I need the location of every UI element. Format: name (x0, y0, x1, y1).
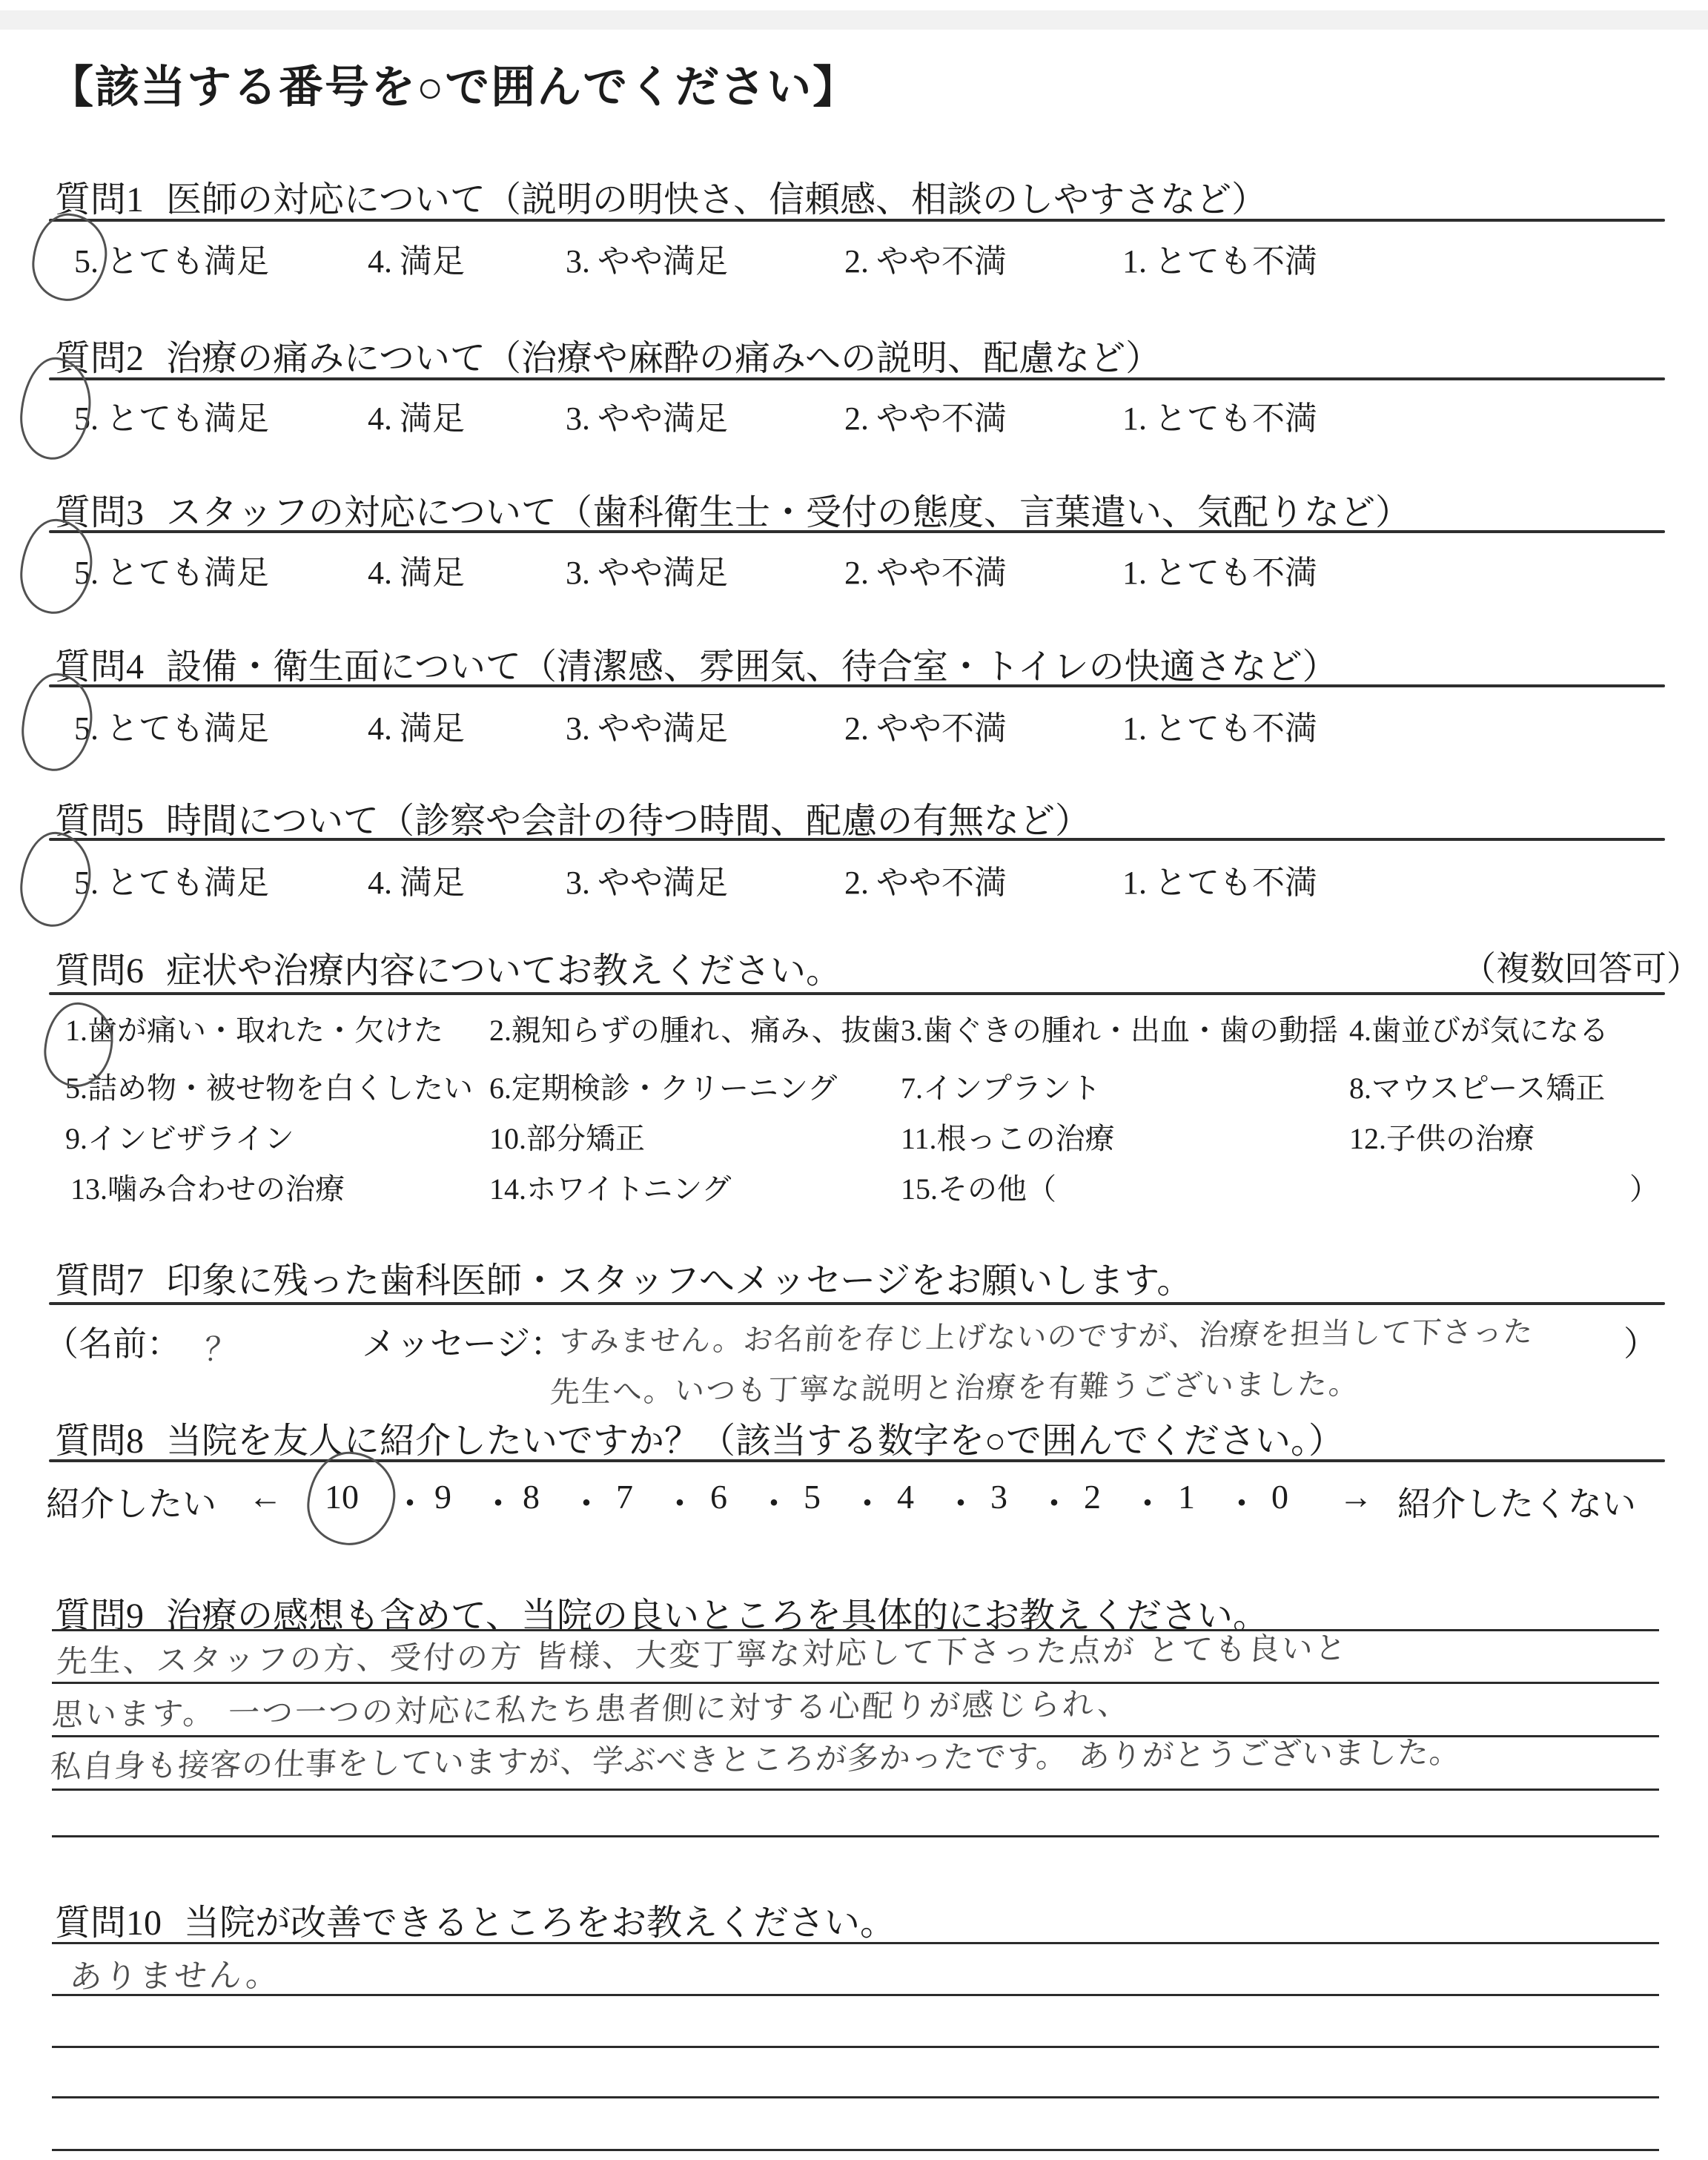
q2-rule (49, 377, 1665, 380)
q3-option-4: 4.満足 (368, 546, 465, 593)
q6-option-1: 1.歯が痛い・取れた・欠けた (65, 1007, 443, 1049)
q3-title: 質問3スタッフの対応について（歯科衛生士・受付の態度、言葉遣い、気配りなど） (55, 483, 1411, 535)
q8-number-8: 8 (523, 1477, 540, 1516)
q9-answer-line-rule-4 (52, 1789, 1659, 1791)
q6-option-14: 14.ホワイトニング (489, 1166, 731, 1208)
q6-option-11-num: 11. (901, 1122, 937, 1155)
q10-text: 当院が改善できるところをお教えください。 (184, 1903, 896, 1943)
q8-sep: ・ (944, 1477, 978, 1526)
q6-option-15: 15.その他（ (901, 1166, 1056, 1208)
q4-option-1-label: とても不満 (1154, 710, 1317, 747)
q5-option-2-label: やや不満 (876, 865, 1007, 901)
q8-selected-circle (305, 1449, 399, 1548)
q1-text: 医師の対応について（説明の明快さ、信頼感、相談のしやすさなど） (166, 180, 1267, 219)
q6-option-2: 2.親知らずの腫れ、痛み、抜歯 (489, 1007, 901, 1049)
q2-option-1: 1.とても不満 (1122, 392, 1317, 439)
q4-option-3: 3.やや満足 (566, 701, 728, 749)
q3-option-4-label: 満足 (400, 555, 465, 591)
q6-option-8-label: マウスピース矯正 (1371, 1071, 1605, 1105)
q4-option-3-num: 3. (566, 710, 590, 747)
q7-rule (49, 1302, 1665, 1305)
page-title: 【該当する番号を○で囲んでください】 (49, 52, 858, 116)
q6-option-3: 3.歯ぐきの腫れ・出血・歯の動揺 (901, 1007, 1338, 1049)
q3-option-3-label: やや満足 (598, 555, 728, 591)
q8-sep: ・ (1131, 1477, 1165, 1526)
q8-number-3: 3 (990, 1477, 1007, 1516)
q3-option-1-label: とても不満 (1154, 555, 1317, 591)
q6-option-4: 4.歯並びが気になる (1349, 1007, 1609, 1049)
q6-text: 症状や治療内容についてお教えください。 (166, 951, 841, 991)
q6-option-14-label: ホワイトニング (526, 1172, 731, 1206)
q10-answer-line-rule-5 (52, 2149, 1659, 2151)
q6-option-6-label: 定期検診・クリーニング (512, 1071, 837, 1105)
q6-option-12-label: 子供の治療 (1386, 1122, 1535, 1155)
q8-sep: ・ (393, 1477, 427, 1526)
q1-title: 質問1医師の対応について（説明の明快さ、信頼感、相談のしやすさなど） (55, 171, 1267, 222)
q5-option-1-num: 1. (1122, 865, 1147, 901)
q8-number-4: 4 (897, 1477, 914, 1516)
q3-option-1: 1.とても不満 (1122, 546, 1317, 593)
q2-option-4-num: 4. (368, 400, 392, 437)
q2-option-5-label: とても満足 (106, 400, 269, 437)
q3-option-2: 2.やや不満 (844, 546, 1007, 593)
survey-scan-page: 【該当する番号を○で囲んでください】 質問1医師の対応について（説明の明快さ、信… (0, 0, 1708, 2160)
q6-option-7-num: 7. (901, 1071, 923, 1105)
q10-answer-line-rule-2 (52, 1994, 1659, 1996)
q8-number-6: 6 (710, 1477, 727, 1516)
q3-option-2-num: 2. (844, 555, 869, 591)
q2-option-2-label: やや不満 (876, 400, 1007, 437)
q6-option-2-num: 2. (489, 1014, 512, 1047)
q5-option-2-num: 2. (844, 865, 869, 901)
q3-option-3: 3.やや満足 (566, 546, 728, 593)
q7-message-label: メッセージ： (362, 1317, 564, 1366)
q10-number: 質問10 (55, 1903, 162, 1943)
q1-option-2-label: やや不満 (876, 243, 1007, 280)
q6-option-8: 8.マウスピース矯正 (1349, 1065, 1605, 1107)
q6-option-1-label: 歯が痛い・取れた・欠けた (87, 1014, 443, 1047)
q8-number-7: 7 (616, 1477, 633, 1516)
q8-left-label: 紹介したい (46, 1477, 216, 1526)
q2-option-3-num: 3. (566, 400, 590, 437)
q6-option-11-label: 根っこの治療 (937, 1122, 1115, 1155)
q10-answer-line-rule-4 (52, 2096, 1659, 2098)
q6-option-15-label: その他（ (938, 1172, 1056, 1206)
q2-option-1-num: 1. (1122, 400, 1147, 437)
q3-option-5: 5.とても満足 (74, 546, 269, 593)
q5-rule (49, 838, 1665, 841)
q6-number: 質問6 (55, 951, 144, 991)
q5-option-3-num: 3. (566, 865, 590, 901)
q6-option-3-num: 3. (901, 1014, 923, 1047)
q5-option-3-label: やや満足 (598, 865, 728, 901)
q1-option-2-num: 2. (844, 243, 869, 280)
q5-selected-circle (18, 830, 94, 929)
q8-number: 質問8 (55, 1421, 144, 1461)
q2-option-3: 3.やや満足 (566, 392, 728, 439)
q3-option-2-label: やや不満 (876, 555, 1007, 591)
q7-name-label: （名前： (44, 1317, 181, 1366)
q8-number-1: 1 (1178, 1477, 1195, 1516)
q8-number-2: 2 (1084, 1477, 1101, 1516)
scan-artifact-band (0, 10, 1708, 30)
q8-number-5: 5 (804, 1477, 821, 1516)
q6-option-13: 13.噛み合わせの治療 (70, 1166, 345, 1208)
q6-rule (49, 992, 1665, 995)
q2-title: 質問2治療の痛みについて（治療や麻酔の痛みへの説明、配慮など） (55, 329, 1161, 380)
q8-sep: ・ (481, 1477, 515, 1526)
q6-option-12-num: 12. (1349, 1122, 1386, 1155)
q6-option-8-num: 8. (1349, 1071, 1371, 1105)
q10-answer-line-rule-1 (52, 1942, 1659, 1944)
q6-option-9-num: 9. (65, 1122, 87, 1155)
q4-title: 質問4設備・衛生面について（清潔感、雰囲気、待合室・トイレの快適さなど） (55, 638, 1338, 689)
q8-sep: ・ (1037, 1477, 1071, 1526)
q6-option-13-label: 噛み合わせの治療 (107, 1172, 345, 1206)
q5-option-4-label: 満足 (400, 865, 465, 901)
q6-option-6: 6.定期検診・クリーニング (489, 1065, 837, 1107)
q1-option-4-num: 4. (368, 243, 392, 280)
q5-text: 時間について（診察や会計の待つ時間、配慮の有無など） (166, 802, 1090, 841)
q7-message-line2-handwritten: 先生へ。いつも丁寧な説明と治療を有難うございました。 (549, 1361, 1361, 1411)
q6-option-9-label: インビザライン (87, 1122, 294, 1155)
q6-option-5: 5.詰め物・被せ物を白くしたい (65, 1065, 473, 1107)
q4-option-1-num: 1. (1122, 710, 1147, 747)
q2-option-2-num: 2. (844, 400, 869, 437)
q4-option-2: 2.やや不満 (844, 701, 1007, 749)
q6-option-7-label: インプラント (923, 1071, 1101, 1105)
q1-selected-circle (30, 211, 110, 304)
q10-title: 質問10当院が改善できるところをお教えください。 (55, 1894, 896, 1945)
q2-option-4: 4.満足 (368, 392, 465, 439)
q8-number-9: 9 (434, 1477, 451, 1516)
q4-option-2-label: やや不満 (876, 710, 1007, 747)
q8-right-label: 紹介したくない (1397, 1477, 1636, 1526)
q8-sep: ・ (757, 1477, 791, 1526)
q6-option-4-num: 4. (1349, 1014, 1371, 1047)
q7-text: 印象に残った歯科医師・スタッフへメッセージをお願いします。 (166, 1261, 1192, 1301)
q8-number-0: 0 (1271, 1477, 1288, 1516)
q2-option-5: 5.とても満足 (74, 392, 269, 439)
q6-option-3-label: 歯ぐきの腫れ・出血・歯の動揺 (923, 1014, 1338, 1047)
q6-option-2-label: 親知らずの腫れ、痛み、抜歯 (512, 1014, 901, 1047)
q4-option-5: 5.とても満足 (74, 701, 269, 749)
q6-option-11: 11.根っこの治療 (901, 1115, 1115, 1157)
q5-option-3: 3.やや満足 (566, 856, 728, 903)
q3-text: スタッフの対応について（歯科衛生士・受付の態度、言葉遣い、気配りなど） (166, 493, 1411, 532)
q6-option-10-num: 10. (489, 1122, 526, 1155)
q1-option-3-label: やや満足 (598, 243, 728, 280)
q4-option-3-label: やや満足 (598, 710, 728, 747)
q3-option-4-num: 4. (368, 555, 392, 591)
q2-option-2: 2.やや不満 (844, 392, 1007, 439)
q5-option-1-label: とても不満 (1154, 865, 1317, 901)
q6-title: 質問6症状や治療内容についてお教えください。 (55, 942, 841, 993)
q1-option-1-num: 1. (1122, 243, 1147, 280)
q6-option-7: 7.インプラント (901, 1065, 1101, 1107)
q2-option-4-label: 満足 (400, 400, 465, 437)
q8-title: 質問8当院を友人に紹介したいですか？（該当する数字を○で囲んでください。） (55, 1412, 1344, 1463)
q8-right-arrow-icon: → (1339, 1477, 1373, 1516)
q8-sep: ・ (1225, 1477, 1259, 1526)
q5-option-2: 2.やや不満 (844, 856, 1007, 903)
q6-option-14-num: 14. (489, 1172, 526, 1206)
q10-answer-line-rule-3 (52, 2046, 1659, 2048)
q8-left-arrow-icon: ← (248, 1477, 282, 1516)
q10-answer-line1-handwritten: ありません。 (68, 1948, 282, 1998)
q7-name-value-handwritten: ？ (203, 1323, 241, 1371)
q4-option-4-num: 4. (368, 710, 392, 747)
q8-sep: ・ (663, 1477, 697, 1526)
q5-option-4-num: 4. (368, 865, 392, 901)
q1-option-1-label: とても不満 (1154, 243, 1317, 280)
q4-option-1: 1.とても不満 (1122, 701, 1317, 749)
q6-option-15-num: 15. (901, 1172, 938, 1206)
q1-option-1: 1.とても不満 (1122, 234, 1317, 282)
q9-answer-line2-handwritten: 思います。 一つ一つの対応に私たち患者側に対する心配りが感じられ、 (50, 1680, 1132, 1735)
q8-sep: ・ (569, 1477, 603, 1526)
q6-option-4-label: 歯並びが気になる (1371, 1014, 1609, 1047)
q4-rule (49, 684, 1665, 687)
q9-answer-line-rule-5 (52, 1835, 1659, 1837)
q2-option-3-label: やや満足 (598, 400, 728, 437)
q3-option-3-num: 3. (566, 555, 590, 591)
q1-rule (49, 219, 1665, 222)
q3-rule (49, 530, 1665, 533)
q8-rule (49, 1459, 1665, 1462)
q1-option-4: 4.満足 (368, 234, 465, 282)
q5-option-4: 4.満足 (368, 856, 465, 903)
q6-option-10: 10.部分矯正 (489, 1115, 645, 1157)
q2-text: 治療の痛みについて（治療や麻酔の痛みへの説明、配慮など） (166, 339, 1161, 378)
q1-option-4-label: 満足 (400, 243, 465, 280)
q6-option-10-label: 部分矯正 (526, 1122, 645, 1155)
q5-option-1: 1.とても不満 (1122, 856, 1317, 903)
q6-option-5-label: 詰め物・被せ物を白くしたい (87, 1071, 473, 1105)
q4-option-4: 4.満足 (368, 701, 465, 749)
q6-note: （複数回答可） (1462, 942, 1701, 991)
q1-option-5-label: とても満足 (106, 243, 269, 280)
q5-option-5: 5.とても満足 (74, 856, 269, 903)
q6-option-12: 12.子供の治療 (1349, 1115, 1535, 1157)
q7-message-line1-handwritten: すみません。お名前を存じ上げないのですが、治療を担当して下さった (558, 1308, 1535, 1361)
q7-number: 質問7 (55, 1261, 144, 1301)
q8-sep: ・ (850, 1477, 884, 1526)
q5-title: 質問5時間について（診察や会計の待つ時間、配慮の有無など） (55, 792, 1090, 843)
q1-option-2: 2.やや不満 (844, 234, 1007, 282)
q4-option-2-num: 2. (844, 710, 869, 747)
q2-option-1-label: とても不満 (1154, 400, 1317, 437)
q6-option-15-close-paren: ） (1629, 1166, 1659, 1208)
q4-option-5-label: とても満足 (106, 710, 269, 747)
q7-close-paren: ） (1623, 1317, 1658, 1366)
q5-option-5-label: とても満足 (106, 865, 269, 901)
q4-option-4-label: 満足 (400, 710, 465, 747)
q3-option-1-num: 1. (1122, 555, 1147, 591)
q6-option-9: 9.インビザライン (65, 1115, 294, 1157)
q1-option-3: 3.やや満足 (566, 234, 728, 282)
q3-option-5-label: とても満足 (106, 555, 269, 591)
q7-title: 質問7印象に残った歯科医師・スタッフへメッセージをお願いします。 (55, 1252, 1192, 1303)
q4-text: 設備・衛生面について（清潔感、雰囲気、待合室・トイレの快適さなど） (166, 647, 1338, 687)
q6-option-13-num: 13. (70, 1172, 107, 1206)
q6-option-6-num: 6. (489, 1071, 512, 1105)
q1-option-3-num: 3. (566, 243, 590, 280)
